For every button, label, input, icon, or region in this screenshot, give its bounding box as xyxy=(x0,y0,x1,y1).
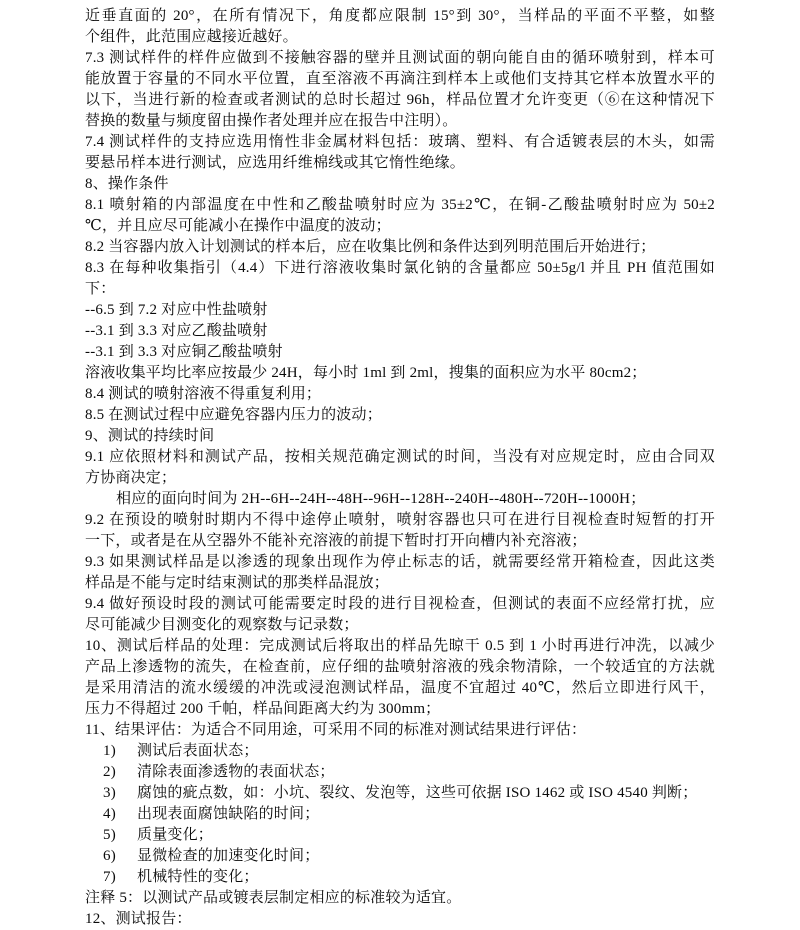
clause-9-4-line-1: 9.4 做好预设时段的测试可能需要定时段的进行目视检查，但测试的表面不应经常打扰… xyxy=(85,594,715,615)
clause-8-3-line-2: 下： xyxy=(85,279,715,300)
clause-9-3-line-2: 样品是不能与定时结束测试的那类样品混放； xyxy=(85,573,715,594)
clause-10-line-3: 是采用清洁的流水缓缓的冲洗或浸泡测试样品，温度不宜超过 40℃，然后立即进行风干… xyxy=(85,678,715,699)
clause-7-4-line-2: 要悬吊样本进行测试，应选用纤维棉线或其它惰性绝缘。 xyxy=(85,153,715,174)
list-item-7-text: 机械特性的变化； xyxy=(137,867,259,888)
clause-8-4: 8.4 测试的喷射溶液不得重复利用； xyxy=(85,384,715,405)
ph-range-acetate: --3.1 到 3.3 对应乙酸盐喷射 xyxy=(85,321,715,342)
list-item-3: 3)腐蚀的疵点数，如：小坑、裂纹、发泡等，这些可依据 ISO 1462 或 IS… xyxy=(85,783,715,804)
list-item-7-marker: 7) xyxy=(103,867,137,888)
clause-9-1-line-1: 9.1 应依照材料和测试产品，按相关规范确定测试的时间，当没有对应规定时，应由合… xyxy=(85,447,715,468)
duration-options: 相应的面向时间为 2H--6H--24H--48H--96H--128H--24… xyxy=(85,489,715,510)
list-item-4-text: 出现表面腐蚀缺陷的时间； xyxy=(137,804,319,825)
heading-section-9: 9、测试的持续时间 xyxy=(85,426,715,447)
list-item-2-marker: 2) xyxy=(103,762,137,783)
list-item-2: 2)清除表面渗透物的表面状态； xyxy=(85,762,715,783)
clause-7-3-line-2: 能放置于容量的不同水平位置，直至溶液不再滴注到样本上或他们支持其它样本放置水平的 xyxy=(85,69,715,90)
document-page: 近垂直面的 20°，在所有情况下，角度都应限制 15°到 30°，当样品的平面不… xyxy=(0,0,800,930)
list-item-5-text: 质量变化； xyxy=(137,825,213,846)
note-5: 注释 5：以测试产品或镀表层制定相应的标准较为适宜。 xyxy=(85,888,715,909)
list-item-2-text: 清除表面渗透物的表面状态； xyxy=(137,762,335,783)
clause-10-line-4: 压力不得超过 200 千帕，样品间距离大约为 300mm； xyxy=(85,699,715,720)
list-item-1: 1)测试后表面状态； xyxy=(85,741,715,762)
list-item-4-marker: 4) xyxy=(103,804,137,825)
clause-9-3-line-1: 9.3 如果测试样品是以渗透的现象出现作为停止标志的话，就需要经常开箱检查，因此… xyxy=(85,552,715,573)
clause-7-3-line-4: 替换的数量与频度留由操作者处理并应在报告中注明）。 xyxy=(85,111,715,132)
clause-9-2-line-2: 一下，或者是在从空器外不能补充溶液的前提下暂时打开向槽内补充溶液； xyxy=(85,531,715,552)
list-item-7: 7)机械特性的变化； xyxy=(85,867,715,888)
clause-7-4-line-1: 7.4 测试样件的支持应选用惰性非金属材料包括：玻璃、塑料、有合适镀表层的木头，… xyxy=(85,132,715,153)
list-item-6-text: 显微检查的加速变化时间； xyxy=(137,846,319,867)
list-item-3-text: 腐蚀的疵点数，如：小坑、裂纹、发泡等，这些可依据 ISO 1462 或 ISO … xyxy=(137,783,697,804)
ph-range-neutral: --6.5 到 7.2 对应中性盐喷射 xyxy=(85,300,715,321)
heading-section-11: 11、结果评估：为适合不同用途，可采用不同的标准对测试结果进行评估： xyxy=(85,720,715,741)
list-item-5: 5)质量变化； xyxy=(85,825,715,846)
clause-9-1-line-2: 方协商决定； xyxy=(85,468,715,489)
list-item-1-marker: 1) xyxy=(103,741,137,762)
clause-8-5: 8.5 在测试过程中应避免容器内压力的波动； xyxy=(85,405,715,426)
clause-7-3-line-3: 以下，当进行新的检查或者测试的总时长超过 96h，样品位置才允许变更（⑥在这种情… xyxy=(85,90,715,111)
heading-section-8: 8、操作条件 xyxy=(85,174,715,195)
list-item-3-marker: 3) xyxy=(103,783,137,804)
heading-section-12: 12、测试报告： xyxy=(85,909,715,930)
doc-line-2: 个组件，此范围应越接近越好。 xyxy=(85,27,715,48)
collection-rate-note: 溶液收集平均比率应按最少 24H，每小时 1ml 到 2ml，搜集的面积应为水平… xyxy=(85,363,715,384)
clause-8-3-line-1: 8.3 在每种收集指引（4.4）下进行溶液收集时氯化钠的含量都应 50±5g/l… xyxy=(85,258,715,279)
clause-8-2: 8.2 当容器内放入计划测试的样本后，应在收集比例和条件达到列明范围后开始进行； xyxy=(85,237,715,258)
clause-8-1-line-2: ℃，并且应尽可能减小在操作中温度的波动； xyxy=(85,216,715,237)
clause-9-2-line-1: 9.2 在预设的喷射时期内不得中途停止喷射，喷射容器也只可在进行目视检查时短暂的… xyxy=(85,510,715,531)
list-item-4: 4)出现表面腐蚀缺陷的时间； xyxy=(85,804,715,825)
list-item-6: 6)显微检查的加速变化时间； xyxy=(85,846,715,867)
clause-9-4-line-2: 尽可能减少目测变化的观察数与记录数； xyxy=(85,615,715,636)
list-item-5-marker: 5) xyxy=(103,825,137,846)
clause-10-line-1: 10、测试后样品的处理：完成测试后将取出的样品先晾干 0.5 到 1 小时再进行… xyxy=(85,636,715,657)
clause-10-line-2: 产品上渗透物的流失，在检查前，应仔细的盐喷射溶液的残余物清除，一个较适宜的方法就 xyxy=(85,657,715,678)
ph-range-copper-acetate: --3.1 到 3.3 对应铜乙酸盐喷射 xyxy=(85,342,715,363)
clause-8-1-line-1: 8.1 喷射箱的内部温度在中性和乙酸盐喷射时应为 35±2℃，在铜-乙酸盐喷射时… xyxy=(85,195,715,216)
list-item-1-text: 测试后表面状态； xyxy=(137,741,259,762)
doc-line-1: 近垂直面的 20°，在所有情况下，角度都应限制 15°到 30°，当样品的平面不… xyxy=(85,6,715,27)
document-body: 近垂直面的 20°，在所有情况下，角度都应限制 15°到 30°，当样品的平面不… xyxy=(85,6,715,930)
clause-7-3-line-1: 7.3 测试样件的样件应做到不接触容器的壁并且测试面的朝向能自由的循环喷射到，样… xyxy=(85,48,715,69)
list-item-6-marker: 6) xyxy=(103,846,137,867)
